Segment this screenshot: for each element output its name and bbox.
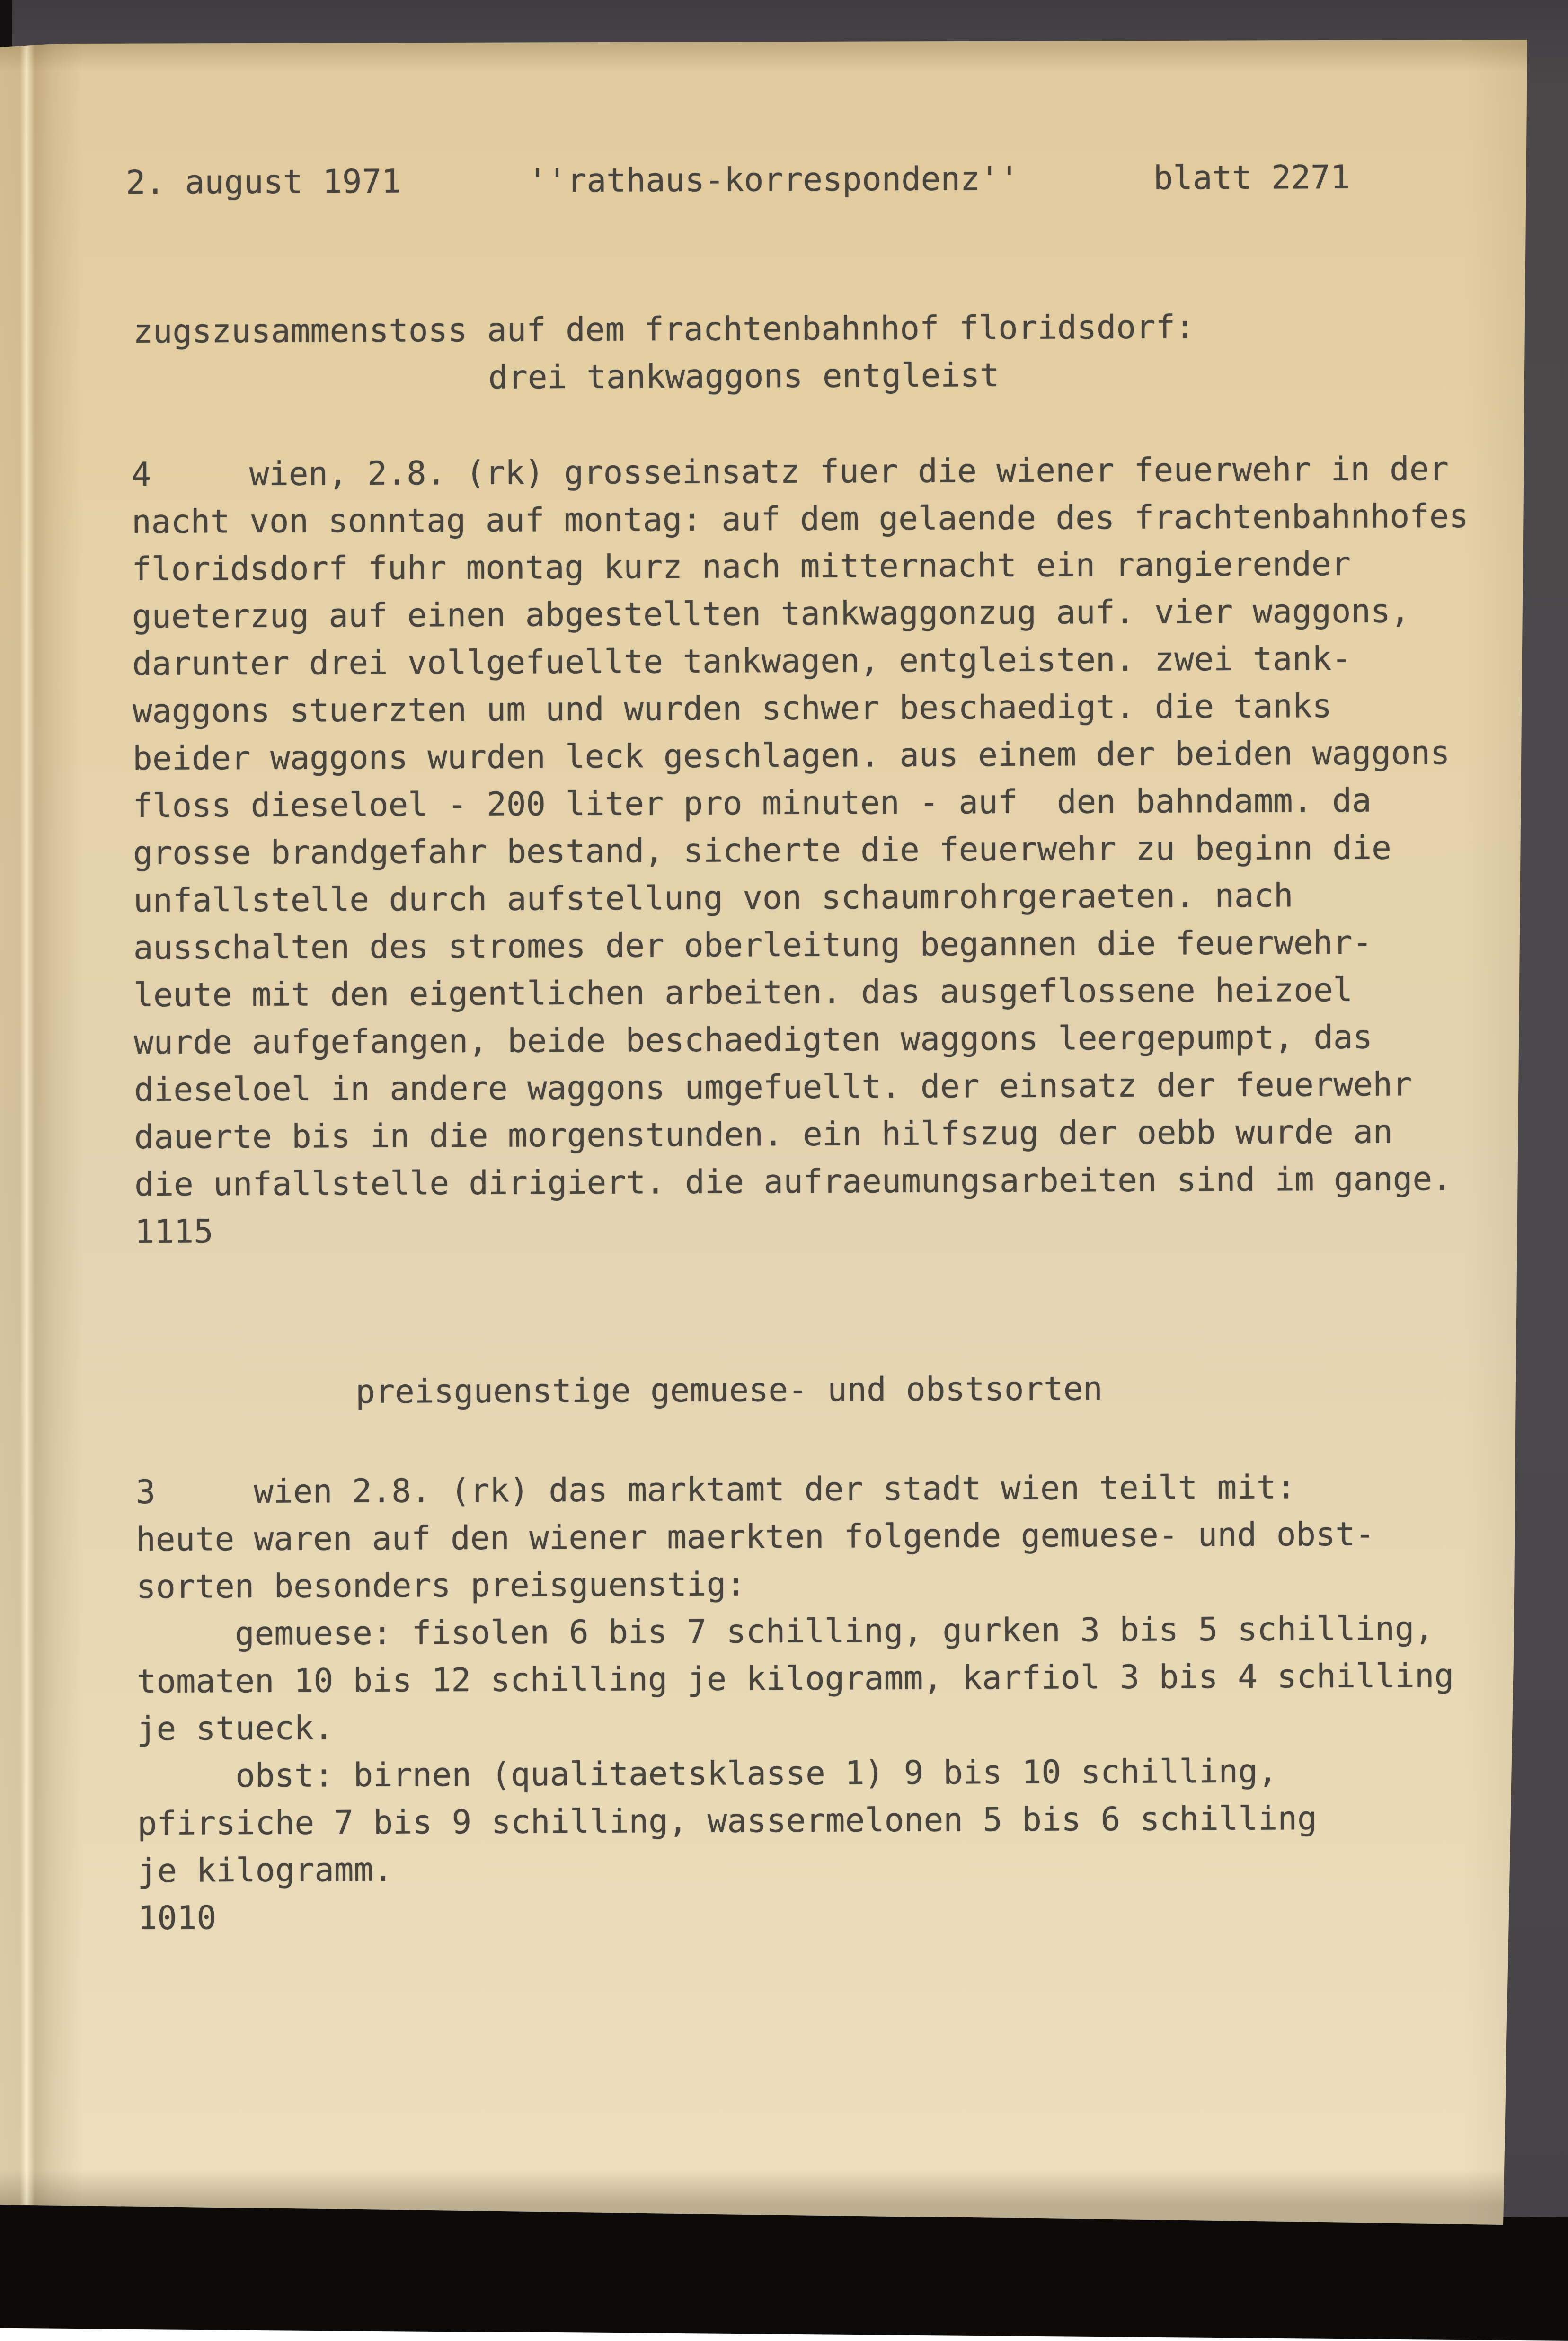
text-line: unfallstelle durch aufstellung von schau… — [133, 871, 1470, 924]
text-line: pfirsiche 7 bis 9 schilling, wassermelon… — [137, 1794, 1455, 1847]
text-line: waggons stuerzten um und wurden schwer b… — [133, 682, 1470, 735]
text-line: 1115 — [134, 1203, 1471, 1256]
text-line: 1010 — [138, 1889, 1455, 1942]
text-line: dieseloel in andere waggons umgefuellt. … — [134, 1061, 1471, 1114]
header-sheet-number: blatt 2271 — [1153, 154, 1350, 202]
article-1-headline-line-1: zugszusammenstoss auf dem frachtenbahnho… — [133, 303, 1195, 355]
text-line: nacht von sonntag auf montag: auf dem ge… — [132, 493, 1469, 546]
document-page: 2. august 1971 ''rathaus-korrespondenz''… — [0, 0, 1568, 2260]
article-1-headline: zugszusammenstoss auf dem frachtenbahnho… — [133, 303, 1195, 403]
scanned-document-root: { "header": { "date": "2. august 1971", … — [0, 0, 1568, 2260]
header-publication-title: ''rathaus-korrespondenz'' — [528, 155, 1019, 205]
text-line: heute waren auf den wiener maerkten folg… — [136, 1510, 1453, 1563]
text-line: 3 wien 2.8. (rk) das marktamt der stadt … — [136, 1463, 1453, 1516]
article-2-headline: preisguenstige gemuese- und obstsorten — [355, 1365, 1103, 1416]
text-line: gueterzug auf einen abgestellten tankwag… — [132, 587, 1469, 640]
text-line: ausschalten des stromes der oberleitung … — [133, 919, 1471, 972]
text-line: je stueck. — [137, 1700, 1454, 1753]
text-line: wurde aufgefangen, beide beschaedigten w… — [134, 1013, 1471, 1066]
text-line: beider waggons wurden leck geschlagen. a… — [133, 729, 1470, 782]
text-line: floss dieseloel - 200 liter pro minuten … — [133, 777, 1470, 830]
article-1-body: 4 wien, 2.8. (rk) grosseinsatz fuer die … — [131, 445, 1471, 1256]
article-1-headline-line-2: drei tankwaggons entgleist — [133, 351, 1196, 403]
text-line: floridsdorf fuhr montag kurz nach mitter… — [132, 540, 1469, 593]
text-line: tomaten 10 bis 12 schilling je kilogramm… — [137, 1652, 1454, 1705]
text-line: dauerte bis in die morgenstunden. ein hi… — [134, 1108, 1471, 1161]
page-content: 2. august 1971 ''rathaus-korrespondenz''… — [0, 0, 1568, 2260]
text-line: gemuese: fisolen 6 bis 7 schilling, gurk… — [136, 1605, 1454, 1658]
text-line: leute mit den eigentlichen arbeiten. das… — [133, 966, 1471, 1019]
header-date: 2. august 1971 — [126, 158, 401, 207]
text-line: obst: birnen (qualitaetsklasse 1) 9 bis … — [137, 1747, 1454, 1800]
text-line: darunter drei vollgefuellte tankwagen, e… — [132, 635, 1469, 688]
text-line: die unfallstelle dirigiert. die aufraeum… — [134, 1155, 1471, 1208]
text-line: je kilogramm. — [137, 1842, 1455, 1895]
text-line: 4 wien, 2.8. (rk) grosseinsatz fuer die … — [131, 445, 1468, 498]
text-line: sorten besonders preisguenstig: — [136, 1558, 1454, 1611]
article-2-body: 3 wien 2.8. (rk) das marktamt der stadt … — [136, 1463, 1455, 1942]
text-line: grosse brandgefahr bestand, sicherte die… — [133, 824, 1470, 877]
